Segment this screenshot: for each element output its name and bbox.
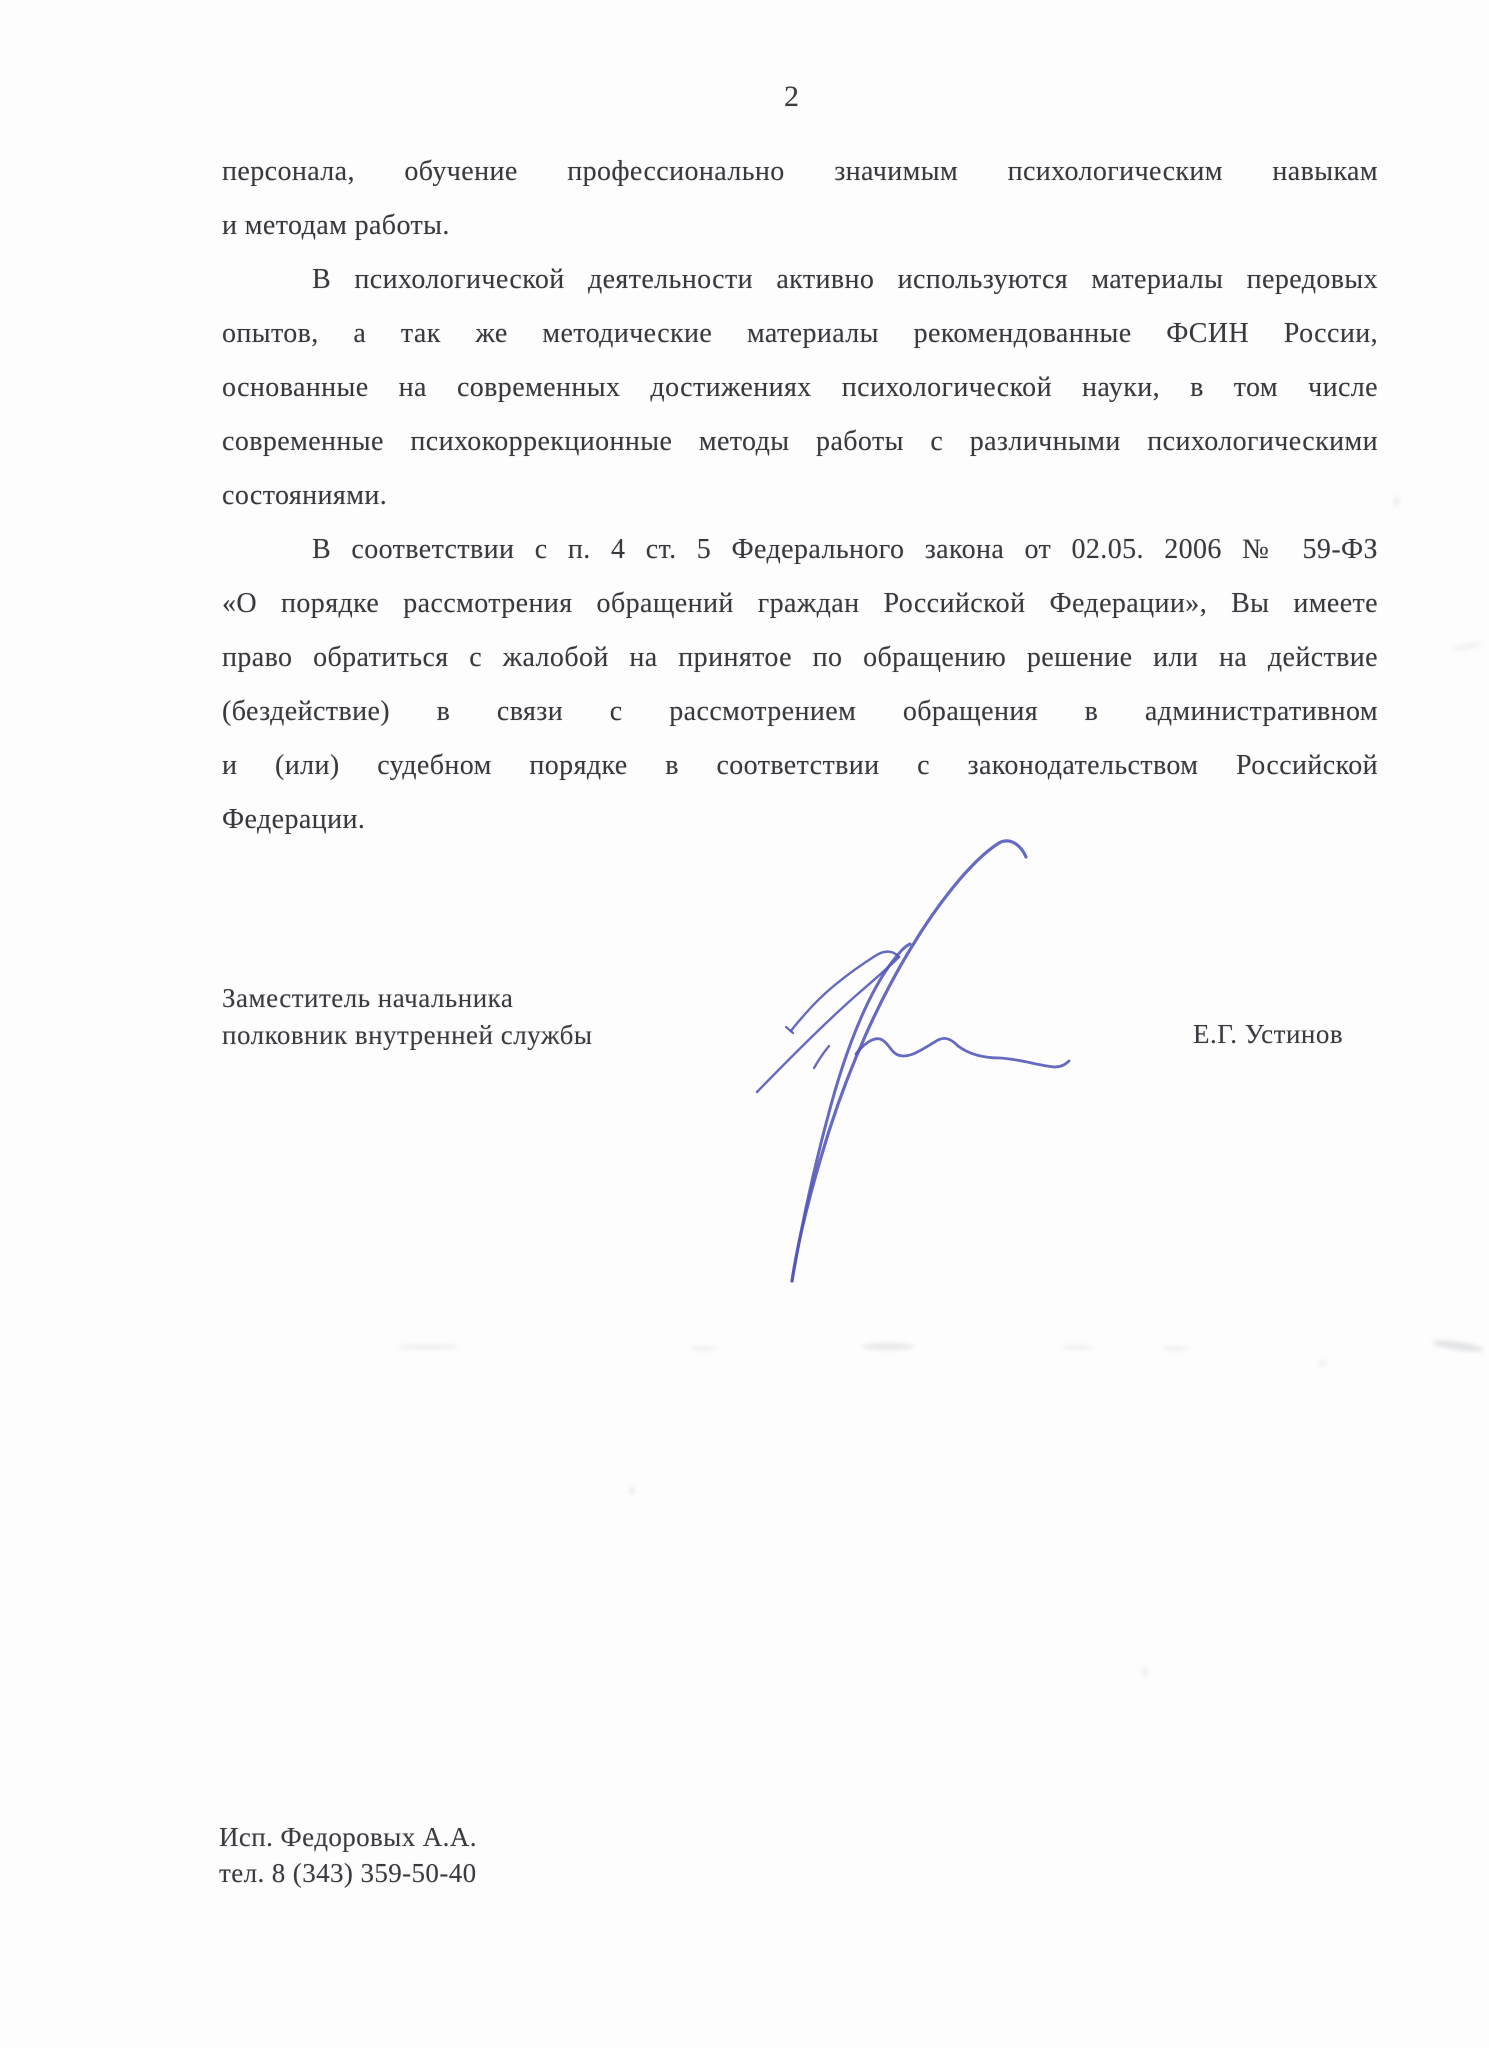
scan-smudge [1452,641,1482,652]
body-line: опытов, а так же методические материалы … [222,307,1378,361]
scan-smudge [1062,1345,1092,1350]
body-line: основанные на современных достижениях пс… [222,361,1378,415]
body-line: «О порядке рассмотрения обращений гражда… [222,577,1378,631]
scan-smudge [690,1346,716,1351]
executor-name: Исп. Федоровых А.А. [219,1819,477,1855]
scan-smudge [398,1344,460,1350]
scan-smudge [1432,1338,1485,1353]
body-line: В психологической деятельности активно и… [222,253,1378,307]
body-line: современные психокоррекционные методы ра… [222,415,1378,469]
page-number: 2 [784,80,799,114]
signatory-position-line1: Заместитель начальника [222,980,593,1017]
body-line: право обратиться с жалобой на принятое п… [222,631,1378,685]
scan-smudge [1162,1346,1188,1351]
scan-smudge [630,1486,634,1496]
executor-phone: тел. 8 (343) 359-50-40 [219,1855,477,1891]
body-line: Федерации. [222,793,1378,847]
scan-smudge [1318,1360,1326,1366]
body-line: состояниями. [222,469,1378,523]
scan-smudge [1143,1666,1147,1677]
document-page: 2 персонала, обучение профессионально зн… [0,0,1489,2048]
body-line: (бездействие) в связи с рассмотрением об… [222,685,1378,739]
signatory-position: Заместитель начальника полковник внутрен… [222,980,593,1054]
body-line: В соответствии с п. 4 ст. 5 Федерального… [222,523,1378,577]
body-line: и (или) судебном порядке в соответствии … [222,739,1378,793]
footer: Исп. Федоровых А.А. тел. 8 (343) 359-50-… [219,1819,477,1891]
signatory-position-line2: полковник внутренней службы [222,1017,593,1054]
body-line: и методам работы. [222,199,1378,253]
body-text: персонала, обучение профессионально знач… [222,145,1378,847]
scan-smudge [1392,495,1400,507]
body-line: персонала, обучение профессионально знач… [222,145,1378,199]
scan-smudge [862,1343,914,1350]
signatory-name: Е.Г. Устинов [1193,1016,1343,1053]
